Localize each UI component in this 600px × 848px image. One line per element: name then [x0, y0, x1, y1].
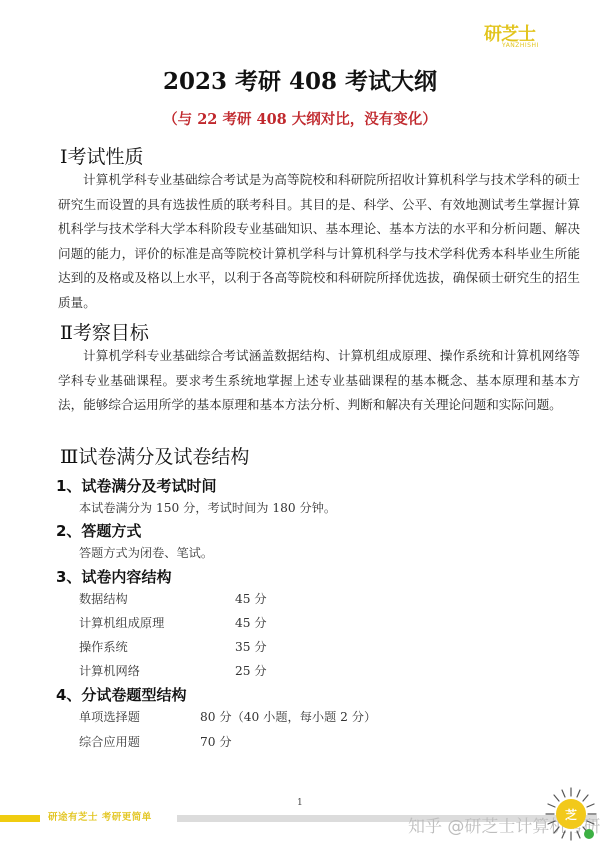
subsection-text-score-time: 本试卷满分为 150 分，考试时间为 180 分钟。 — [79, 499, 336, 516]
svg-text:芝: 芝 — [565, 807, 577, 822]
footer-slogan: 研途有芝士 考研更简单 — [48, 809, 152, 823]
content-subject: 计算机组成原理 — [79, 614, 164, 631]
section-heading-nature: Ⅰ考试性质 — [60, 142, 144, 169]
subsection-heading-score-time: 1、试卷满分及考试时间 — [56, 475, 216, 496]
content-row: 计算机网络 25 分 — [79, 662, 479, 682]
question-type-row: 综合应用题 70 分 — [79, 733, 479, 753]
content-score: 45 分 — [235, 590, 267, 607]
question-type-score: 70 分 — [200, 733, 232, 750]
question-type: 综合应用题 — [79, 733, 140, 750]
content-score: 35 分 — [235, 638, 267, 655]
subsection-heading-content-structure: 3、试卷内容结构 — [56, 566, 171, 587]
logo-english: YANZHISHI — [502, 42, 548, 49]
content-row: 操作系统 35 分 — [79, 638, 479, 658]
question-type: 单项选择题 — [79, 708, 140, 725]
qr-code-icon: 芝 — [544, 786, 598, 842]
section-heading-objectives: Ⅱ考察目标 — [60, 318, 149, 345]
content-row: 数据结构 45 分 — [79, 590, 479, 610]
content-subject: 操作系统 — [79, 638, 128, 655]
subsection-text-answer-mode: 答题方式为闭卷、笔试。 — [79, 544, 213, 561]
content-score: 25 分 — [235, 662, 267, 679]
content-subject: 计算机网络 — [79, 662, 140, 679]
content-row: 计算机组成原理 45 分 — [79, 614, 479, 634]
section-body-nature: 计算机学科专业基础综合考试是为高等院校和科研院所招收计算机科学与技术学科的硕士研… — [58, 168, 580, 315]
section-heading-structure: Ⅲ试卷满分及试卷结构 — [60, 442, 249, 469]
content-subject: 数据结构 — [79, 590, 128, 607]
page-number: 1 — [297, 798, 303, 808]
question-type-row: 单项选择题 80 分（40 小题，每小题 2 分） — [79, 708, 479, 728]
subsection-heading-answer-mode: 2、答题方式 — [56, 520, 141, 541]
document-title: 2023 考研 408 考试大纲 — [0, 63, 600, 96]
document-subtitle: （与 22 考研 408 大纲对比，没有变化） — [0, 108, 600, 129]
content-score: 45 分 — [235, 614, 267, 631]
section-body-objectives: 计算机学科专业基础综合考试涵盖数据结构、计算机组成原理、操作系统和计算机网络等学… — [58, 344, 580, 418]
footer-accent-bar — [0, 815, 40, 822]
subsection-heading-question-types: 4、分试卷题型结构 — [56, 684, 186, 705]
brand-logo: 研芝士 YANZHISHI — [484, 26, 548, 56]
question-type-score: 80 分（40 小题，每小题 2 分） — [200, 708, 376, 725]
